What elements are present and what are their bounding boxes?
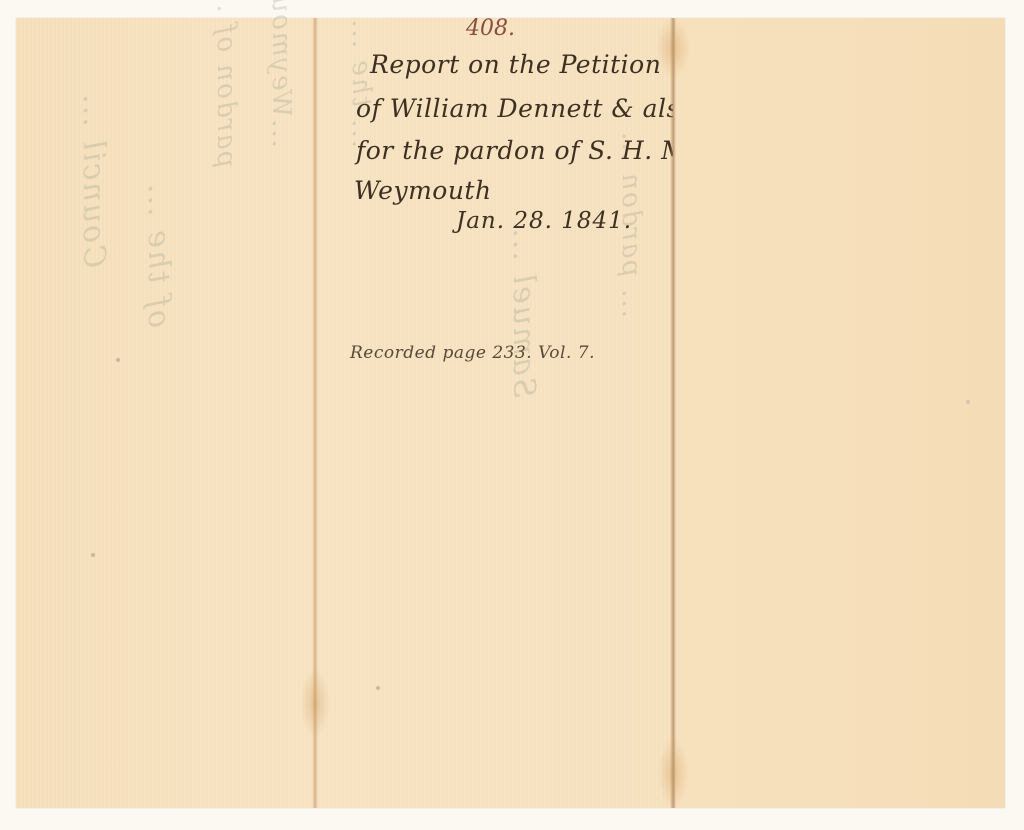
recorded-note: Recorded page 233. Vol. 7. [350,343,595,363]
bleed-through-text: Samuel ... [506,226,541,398]
docket-number: 408. [466,16,515,41]
docket-place-line: Weymouth [354,176,492,205]
bleed-through-text: of the ... [141,182,176,328]
docket-date: Jan. 28. 1841. [456,208,632,234]
docket-petitioner-line: of William Dennett & als [356,94,680,123]
foxing-stain [658,738,688,808]
foxing-stain [656,18,690,78]
ink-fleck [116,358,120,362]
foxing-stain [300,668,330,738]
document-scan: Council ... of the ... pardon of ... ...… [0,0,1024,830]
bleed-through-text: ... the ... [346,17,376,148]
right-panel [673,18,1005,808]
docket-subject-line: for the pardon of S. H. M. [356,136,696,165]
docket-title-line: Report on the Petition [370,50,661,79]
fold-crease-right [670,18,676,808]
bleed-through-text: Council ... [76,92,111,268]
ink-fleck [376,686,380,690]
bleed-through-text: ...Weymouth ... [266,0,296,148]
middle-panel: ... the ... Samuel ... ... pardon ... 40… [316,18,673,808]
folded-sheet: Council ... of the ... pardon of ... ...… [16,18,1005,808]
paper-mark [966,400,970,404]
left-panel: Council ... of the ... pardon of ... ...… [16,18,316,808]
bleed-through-text: pardon of ... [211,0,241,168]
ink-fleck [91,553,95,557]
